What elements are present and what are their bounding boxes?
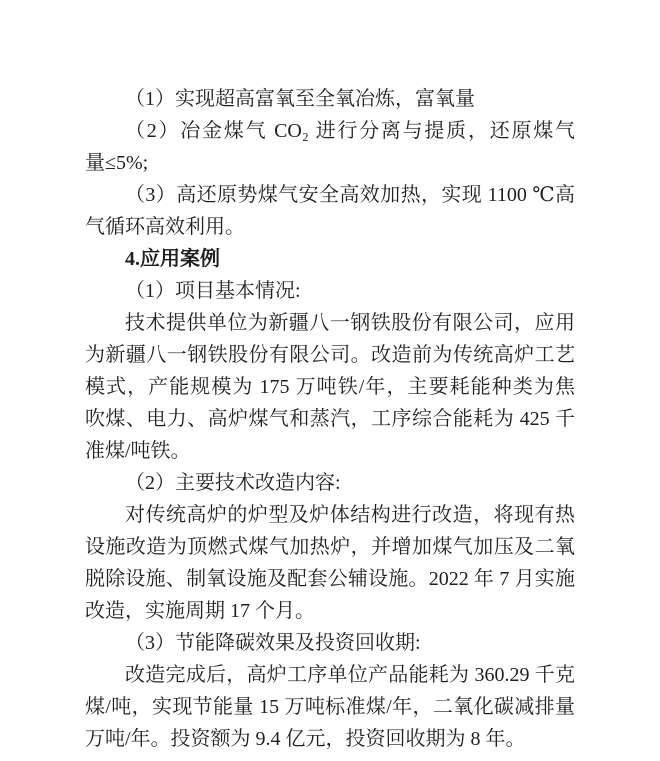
text-line: 为新疆八一钢铁股份有限公司。改造前为传统高炉工艺装备 xyxy=(85,339,575,371)
text-line: （1）实现超高富氧至全氧冶炼，富氧量 50%~100%; xyxy=(85,83,575,115)
section-heading: 4.应用案例 xyxy=(85,243,575,275)
text-line: （3）高还原势煤气安全高效加热，实现 1100 ℃高温煤 xyxy=(85,179,575,211)
paragraph: 改造完成后，高炉工序单位产品能耗为 360.29 千克标准煤/吨，实现节能量 1… xyxy=(85,659,575,755)
text-line: （2）冶金煤气 CO₂ 进行分离与提质，还原煤气 CO₂ 含 xyxy=(85,115,575,147)
paragraph: 技术提供单位为新疆八一钢铁股份有限公司，应用单位为新疆八一钢铁股份有限公司。改造… xyxy=(85,307,575,467)
text-line: 煤/吨，实现节能量 15 万吨标准煤/年，二氧化碳减排量 40 xyxy=(85,691,575,723)
text-line: 准煤/吨铁。 xyxy=(85,435,575,467)
paragraph: （3）节能降碳效果及投资回收期: xyxy=(85,627,575,659)
text-line: 改造，实施周期 17 个月。 xyxy=(85,595,575,627)
document-page: （1）实现超高富氧至全氧冶炼，富氧量 50%~100%;（2）冶金煤气 CO₂ … xyxy=(0,0,660,761)
text-line: 模式，产能规模为 175 万吨铁/年，主要耗能种类为焦炭、喷 xyxy=(85,371,575,403)
text-line: 量≤5%; xyxy=(85,147,575,179)
text-line: 技术提供单位为新疆八一钢铁股份有限公司，应用单位 xyxy=(85,307,575,339)
text-line: 吹煤、电力、高炉煤气和蒸汽，工序综合能耗为 425 千克标 xyxy=(85,403,575,435)
text-line: 气循环高效利用。 xyxy=(85,211,575,243)
text-line: 改造完成后，高炉工序单位产品能耗为 360.29 千克标准 xyxy=(85,659,575,691)
text-line: 万吨/年。投资额为 9.4 亿元，投资回收期为 8 年。 xyxy=(85,723,575,755)
paragraph: （1）项目基本情况: xyxy=(85,275,575,307)
text-line: 4.应用案例 xyxy=(85,243,575,275)
text-line: 脱除设施、制氧设施及配套公辅设施。2022 年 7 月实施节能 xyxy=(85,563,575,595)
text-line: 设施改造为顶燃式煤气加热炉，并增加煤气加压及二氧化碳 xyxy=(85,531,575,563)
text-line: （2）主要技术改造内容: xyxy=(85,467,575,499)
paragraph: 对传统高炉的炉型及炉体结构进行改造，将现有热风炉设施改造为顶燃式煤气加热炉，并增… xyxy=(85,499,575,627)
text-line: （1）项目基本情况: xyxy=(85,275,575,307)
text-line: （3）节能降碳效果及投资回收期: xyxy=(85,627,575,659)
paragraph: （3）高还原势煤气安全高效加热，实现 1100 ℃高温煤气循环高效利用。 xyxy=(85,179,575,243)
paragraph: （2）冶金煤气 CO₂ 进行分离与提质，还原煤气 CO₂ 含量≤5%; xyxy=(85,115,575,179)
paragraph: （1）实现超高富氧至全氧冶炼，富氧量 50%~100%; xyxy=(85,83,575,115)
text-line: 对传统高炉的炉型及炉体结构进行改造，将现有热风炉 xyxy=(85,499,575,531)
document-content: （1）实现超高富氧至全氧冶炼，富氧量 50%~100%;（2）冶金煤气 CO₂ … xyxy=(85,83,575,755)
paragraph: （2）主要技术改造内容: xyxy=(85,467,575,499)
